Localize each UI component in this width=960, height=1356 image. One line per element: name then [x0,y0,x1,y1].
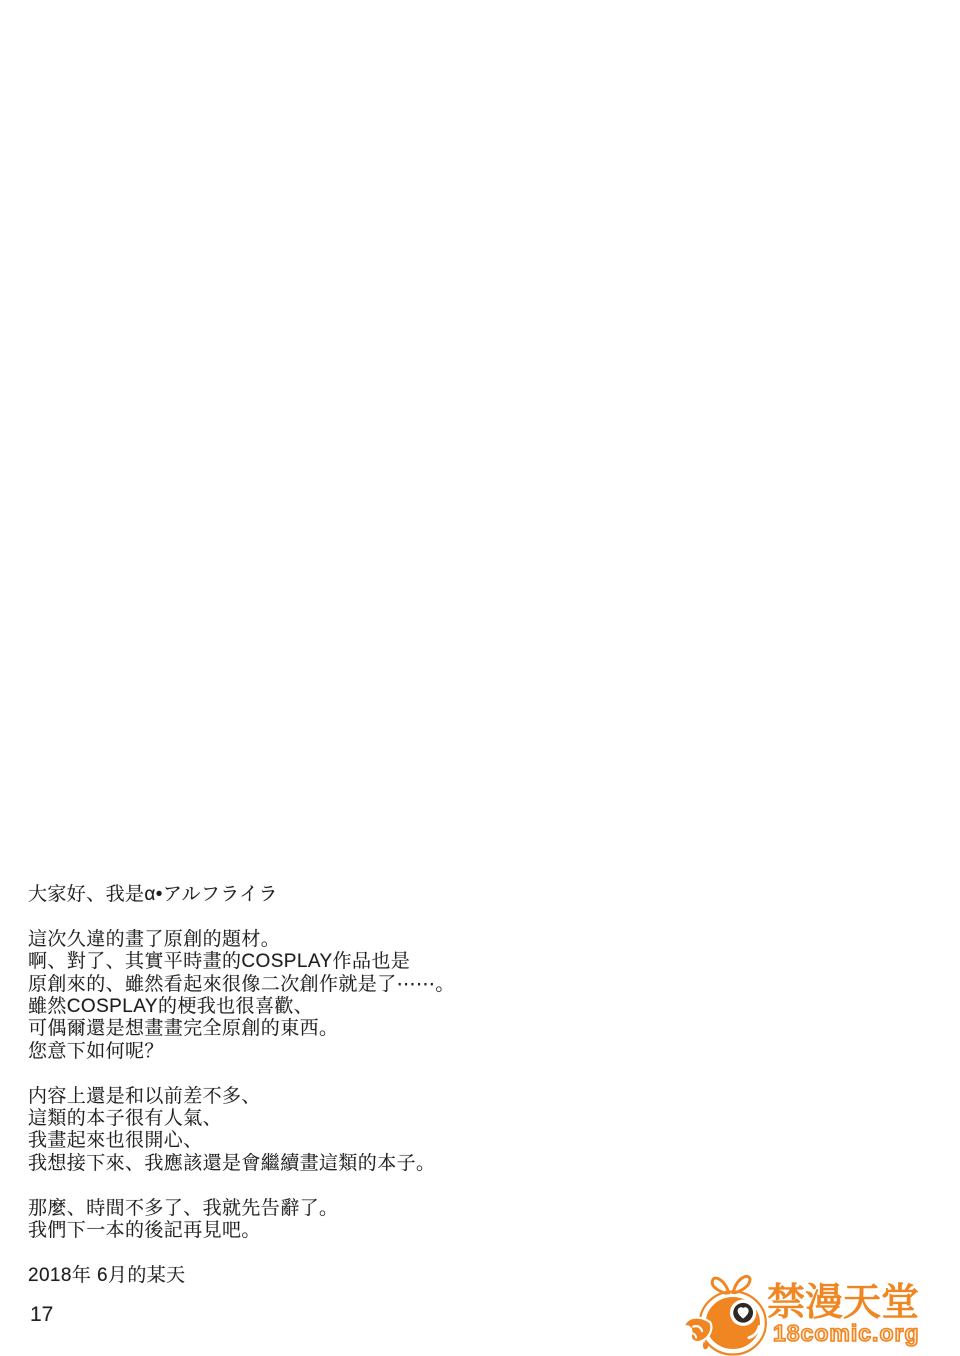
afterword-line: 大家好、我是α•アルフライラ [28,884,588,906]
afterword-line: 您意下如何呢？ [28,1041,588,1063]
afterword-paragraph: 那麼、時間不多了、我就先告辭了。 我們下一本的後記再見吧。 [28,1198,588,1243]
afterword-line: 内容上還是和以前差不多、 [28,1086,588,1108]
whale-mascot-icon [683,1268,771,1356]
page-number: 17 [30,1303,53,1327]
afterword-paragraph: 這次久違的畫了原創的題材。 啊、對了、其實平時畫的COSPLAY作品也是 原創來… [28,929,588,1063]
afterword-date-line: 2018年 6月的某天 [28,1265,588,1287]
afterword-paragraph: 内容上還是和以前差不多、 這類的本子很有人氣、 我畫起來也很開心、 我想接下來、… [28,1086,588,1176]
afterword-line: 可偶爾還是想畫畫完全原創的東西。 [28,1018,588,1040]
afterword-line: 雖然COSPLAY的梗我也很喜歡、 [28,996,588,1018]
afterword-line: 我畫起來也很開心、 [28,1130,588,1152]
afterword-line: 啊、對了、其實平時畫的COSPLAY作品也是 [28,951,588,973]
afterword-line: 那麼、時間不多了、我就先告辭了。 [28,1198,588,1220]
site-name-wordmark: 禁漫天堂 [767,1284,919,1322]
afterword-line: 這類的本子很有人氣、 [28,1108,588,1130]
afterword-greeting-paragraph: 大家好、我是α•アルフライラ [28,884,588,906]
afterword-line: 我想接下來、我應該還是會繼續畫這類的本子。 [28,1153,588,1175]
afterword-text-block: 大家好、我是α•アルフライラ 這次久違的畫了原創的題材。 啊、對了、其實平時畫的… [28,884,588,1310]
site-watermark: 禁漫天堂 18comic.org [683,1264,951,1356]
afterword-line: 我們下一本的後記再見吧。 [28,1220,588,1242]
afterword-line: 這次久違的畫了原創的題材。 [28,929,588,951]
afterword-date-paragraph: 2018年 6月的某天 [28,1265,588,1287]
afterword-page: 大家好、我是α•アルフライラ 這次久違的畫了原創的題材。 啊、對了、其實平時畫的… [0,0,960,1356]
site-url-wordmark: 18comic.org [773,1321,920,1345]
afterword-line: 原創來的、雖然看起來很像二次創作就是了⋯⋯。 [28,974,588,996]
